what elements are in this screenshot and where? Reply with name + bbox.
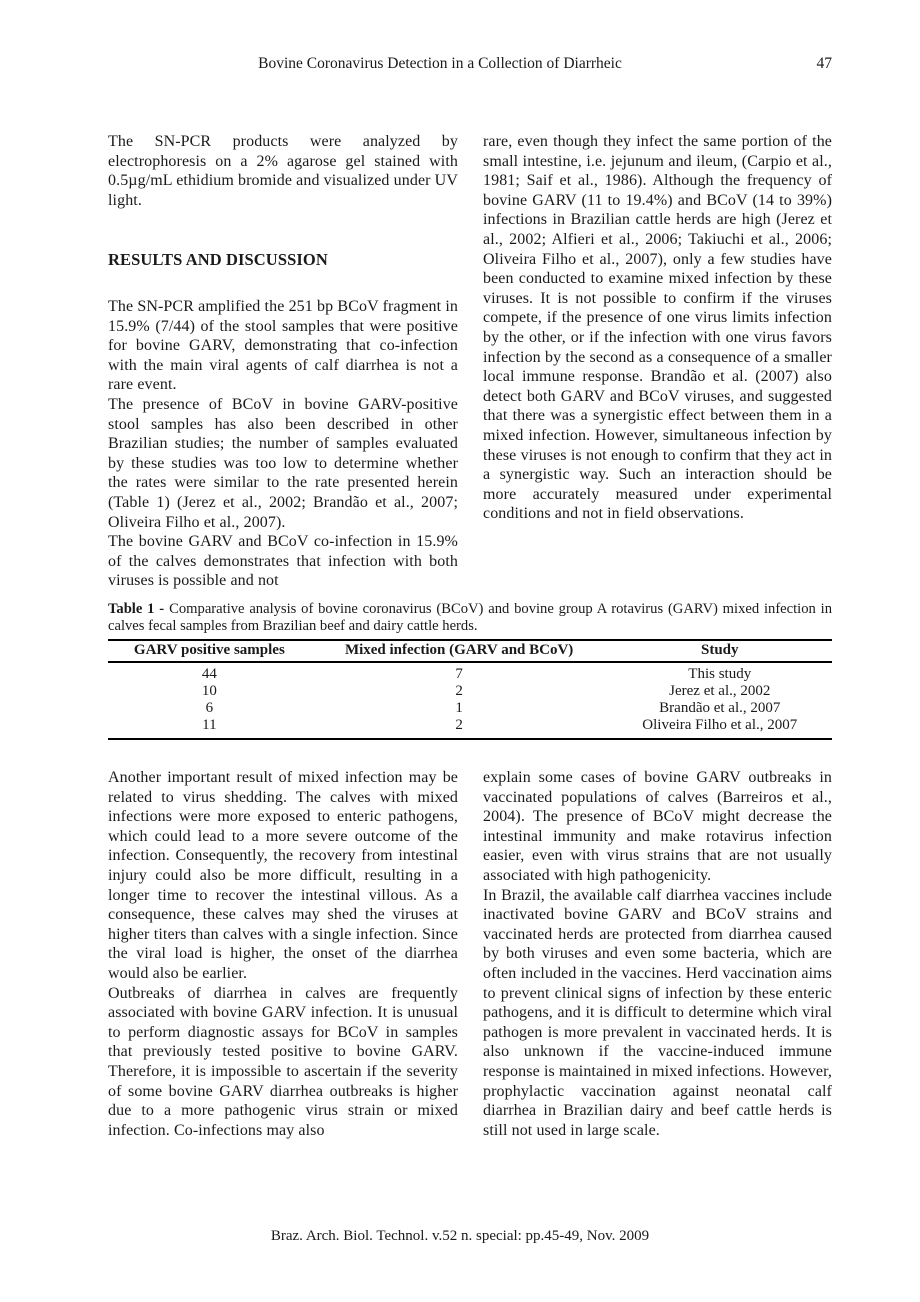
bottom-left-column: Another important result of mixed infect…: [108, 768, 458, 1140]
cell-study: Oliveira Filho et al., 2007: [608, 717, 832, 739]
cell-mixed-count: 7: [311, 662, 608, 683]
paragraph-bcov-presence: The presence of BCoV in bovine GARV-posi…: [108, 395, 458, 532]
cell-mixed-count: 2: [311, 717, 608, 739]
running-head-title: Bovine Coronavirus Detection in a Collec…: [108, 55, 832, 73]
journal-footer: Braz. Arch. Biol. Technol. v.52 n. speci…: [0, 1228, 920, 1245]
top-right-column: rare, even though they infect the same p…: [483, 132, 832, 524]
cell-mixed-count: 2: [311, 683, 608, 700]
paragraph-snpcr-amplified: The SN-PCR amplified the 251 bp BCoV fra…: [108, 297, 458, 395]
column-header-study: Study: [608, 640, 832, 662]
cell-garv-count: 11: [108, 717, 311, 739]
table-1-block: Table 1 -Comparative analysis of bovine …: [108, 601, 832, 740]
section-heading-results: RESULTS AND DISCUSSION: [108, 250, 458, 270]
cell-garv-count: 44: [108, 662, 311, 683]
paragraph-coinfection: The bovine GARV and BCoV co-infection in…: [108, 532, 458, 591]
bottom-right-column: explain some cases of bovine GARV outbre…: [483, 768, 832, 1140]
table-1-header: GARV positive samples Mixed infection (G…: [108, 640, 832, 662]
paragraph-virus-shedding: Another important result of mixed infect…: [108, 768, 458, 984]
paragraph-rare-continuation: rare, even though they infect the same p…: [483, 132, 832, 524]
cell-study: This study: [608, 662, 832, 683]
paragraph-brazil-vaccines: In Brazil, the available calf diarrhea v…: [483, 886, 832, 1141]
table-1-body: 44 7 This study 10 2 Jerez et al., 2002 …: [108, 662, 832, 740]
cell-garv-count: 6: [108, 700, 311, 717]
cell-study: Jerez et al., 2002: [608, 683, 832, 700]
cell-garv-count: 10: [108, 683, 311, 700]
table-header-row: GARV positive samples Mixed infection (G…: [108, 640, 832, 662]
paper-page: Bovine Coronavirus Detection in a Collec…: [0, 0, 920, 1302]
top-left-column: The SN-PCR products were analyzed by ele…: [108, 132, 458, 591]
table-1: GARV positive samples Mixed infection (G…: [108, 639, 832, 741]
cell-study: Brandão et al., 2007: [608, 700, 832, 717]
table-row: 11 2 Oliveira Filho et al., 2007: [108, 717, 832, 739]
table-row: 6 1 Brandão et al., 2007: [108, 700, 832, 717]
cell-mixed-count: 1: [311, 700, 608, 717]
column-header-garv-positive: GARV positive samples: [108, 640, 311, 662]
paragraph-methods: The SN-PCR products were analyzed by ele…: [108, 132, 458, 210]
running-head: Bovine Coronavirus Detection in a Collec…: [108, 55, 832, 73]
table-1-caption-text: Comparative analysis of bovine coronavir…: [108, 601, 832, 634]
table-row: 44 7 This study: [108, 662, 832, 683]
column-header-mixed-infection: Mixed infection (GARV and BCoV): [311, 640, 608, 662]
page-number: 47: [817, 55, 833, 73]
table-row: 10 2 Jerez et al., 2002: [108, 683, 832, 700]
paragraph-outbreaks: Outbreaks of diarrhea in calves are freq…: [108, 984, 458, 1141]
paragraph-explain-outbreaks: explain some cases of bovine GARV outbre…: [483, 768, 832, 886]
table-1-caption-label: Table 1 -: [108, 601, 164, 617]
table-1-caption: Table 1 -Comparative analysis of bovine …: [108, 601, 832, 635]
